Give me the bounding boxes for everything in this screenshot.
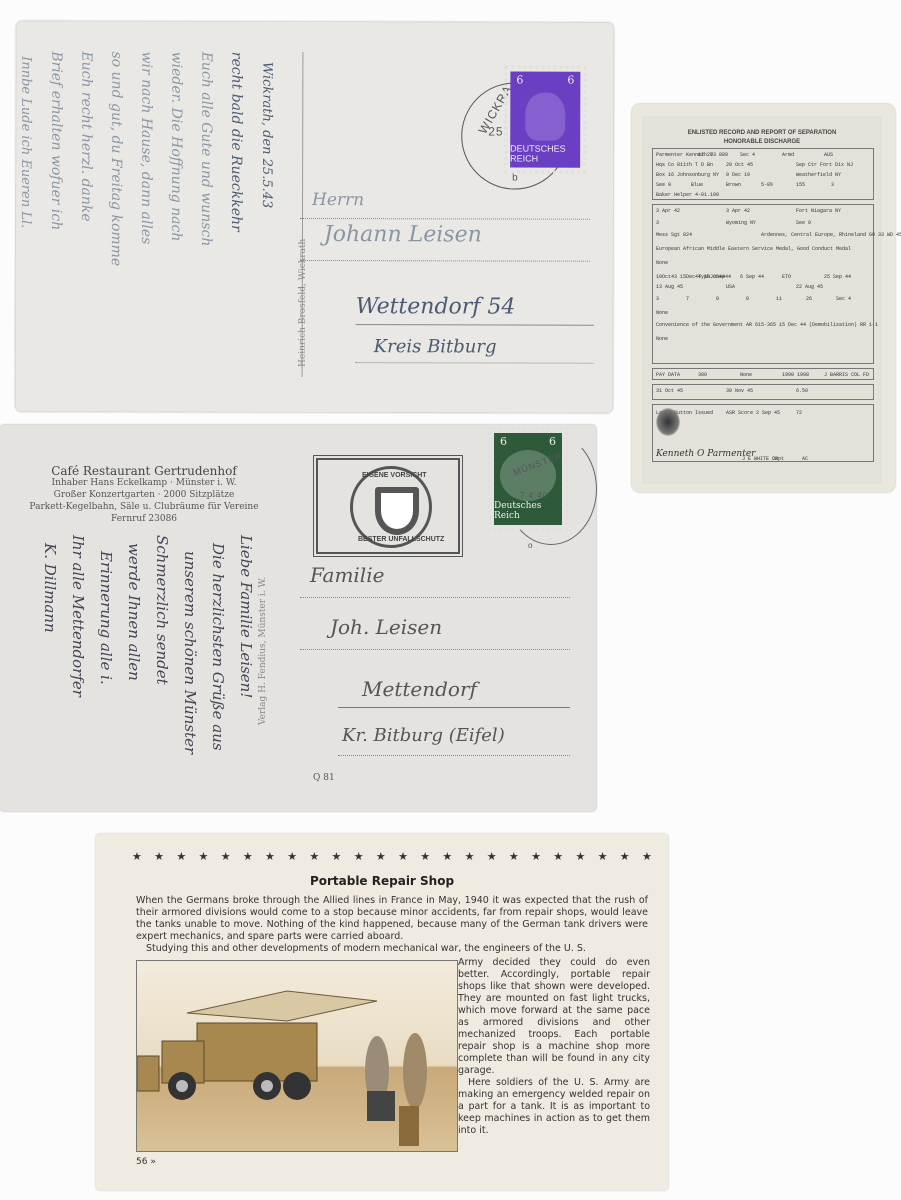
paragraph: Studying this and other developments of … — [136, 943, 648, 955]
star-icon: ★ — [509, 850, 519, 863]
postmark-code: o — [528, 541, 533, 550]
record-field: 11 — [776, 296, 782, 302]
message-line: Innbe Lude ich Eueren Ll. — [14, 56, 36, 228]
record-field: Wyoming NY — [726, 220, 756, 226]
message-line: wir nach Hause, dann alles — [138, 52, 155, 245]
star-icon: ★ — [465, 850, 475, 863]
handwritten-message-block: Brief erhalten wofuer ichEuch recht herz… — [17, 21, 614, 23]
postmark-circle — [505, 433, 597, 545]
postmark-date: 7.4.40 — [520, 491, 548, 500]
address-salutation: Familie — [310, 563, 384, 587]
record-field: Sec 4 — [740, 152, 755, 158]
portrait-icon — [525, 92, 565, 140]
star-icon: ★ — [221, 850, 231, 863]
record-field: Box 16 Johnsonburg NY — [656, 172, 719, 178]
star-icon: ★ — [487, 850, 497, 863]
address-line — [338, 707, 570, 708]
record-field: 20 Oct 45 — [726, 162, 753, 168]
message-line: Brief erhalten wofuer ich — [48, 51, 64, 230]
record-field: None — [656, 260, 668, 266]
record-form: ENLISTED RECORD AND REPORT OF SEPARATION… — [642, 116, 882, 484]
record-field: 6 Sep 44 — [740, 274, 764, 280]
star-icon: ★ — [420, 850, 430, 863]
article-intro: When the Germans broke through the Allie… — [136, 895, 648, 955]
booklet-page: ★★★★★★★★★★★★★★★★★★★★★★★★ Portable Repair… — [96, 834, 668, 1190]
address-district: Kreis Bitburg — [374, 336, 497, 357]
star-icon: ★ — [265, 850, 275, 863]
message-line: werde Ihnen allen — [125, 543, 143, 681]
address-line — [300, 218, 590, 220]
star-border: ★★★★★★★★★★★★★★★★★★★★★★★★ — [132, 850, 652, 863]
address-name: Johann Leisen — [324, 222, 482, 247]
publisher-imprint: Heinrich Brosfeld, Wickrath — [298, 239, 308, 367]
address-line — [300, 649, 570, 650]
star-icon: ★ — [642, 850, 652, 863]
message-line: unserem schönen Münster — [181, 551, 199, 754]
record-field: J BARRIS COL FD — [824, 372, 869, 378]
record-field: 5-8½ — [761, 182, 773, 188]
record-field: 3 — [831, 182, 834, 188]
record-section-service — [652, 204, 874, 364]
star-icon: ★ — [376, 850, 386, 863]
record-field: None — [656, 310, 668, 316]
record-field: PAY DATA — [656, 372, 680, 378]
address-street: Mettendorf — [362, 677, 477, 701]
star-icon: ★ — [176, 850, 186, 863]
record-field: Sep Ctr Fort Dix NJ — [796, 162, 853, 168]
record-field: 0 — [746, 296, 749, 302]
letterhead-facilities: Parkett-Kegelbahn, Säle u. Clubräume für… — [24, 501, 264, 513]
record-field: 31 Oct 45 — [656, 388, 683, 394]
message-line: Euch recht herzl. danke — [78, 51, 94, 221]
record-field: 9 Dec 19 — [726, 172, 750, 178]
record-section-insurance — [652, 384, 874, 400]
stamp-face: 66 DEUTSCHES REICH — [510, 72, 580, 168]
letterhead-title: Café Restaurant Gertrudenhof — [24, 465, 264, 477]
record-field: 1990 1998 — [782, 372, 809, 378]
record-field: ETO — [782, 274, 791, 280]
record-field: See 9 — [656, 182, 671, 188]
letterhead-phone: Fernruf 23086 — [24, 513, 264, 525]
postmark-date: 25 — [488, 124, 503, 138]
stamp-country: DEUTSCHES REICH — [510, 144, 580, 168]
record-field: 300 — [698, 372, 707, 378]
record-field: USA — [726, 284, 735, 290]
article-title: Portable Repair Shop — [96, 874, 668, 888]
paragraph: Here soldiers of the U. S. Army are maki… — [458, 1077, 650, 1137]
message-line: Euch alle Gute und wunsch — [198, 52, 215, 247]
record-field: Ardennes, Central Europe, Rhineland GO 3… — [761, 232, 901, 238]
record-field: 72 — [796, 410, 802, 416]
address-line — [338, 755, 570, 756]
handwritten-message: Innbe Lude ich Eueren Ll. — [14, 56, 36, 228]
record-field: 3 Apr 42 — [726, 208, 750, 214]
letterhead-garden: Großer Konzertgarten · 2000 Sitzplätze — [24, 489, 264, 501]
record-field: Convenience of the Government AR 615-365… — [656, 322, 878, 328]
slogan-cancel-stamp: EIGENE VORSICHT BESTER UNFALLSCHUTZ — [316, 458, 460, 554]
star-icon: ★ — [287, 850, 297, 863]
star-icon: ★ — [398, 850, 408, 863]
record-field: Baker Helper 4-01.100 — [656, 192, 719, 198]
letterhead-owner: Inhaber Hans Eckelkamp · Münster i. W. — [24, 477, 264, 489]
record-field: Blue — [691, 182, 703, 188]
record-field: Typh 6Sep44 — [698, 274, 731, 280]
star-icon: ★ — [553, 850, 563, 863]
record-field: Armd — [782, 152, 794, 158]
record-field: 12 273 889 — [698, 152, 728, 158]
record-field: 3 — [656, 296, 659, 302]
address-line — [356, 324, 594, 326]
message-line: Liebe Familie Leisen! — [237, 535, 255, 698]
address-name: Joh. Leisen — [330, 615, 442, 639]
star-icon: ★ — [354, 850, 364, 863]
star-icon: ★ — [620, 850, 630, 863]
star-icon: ★ — [442, 850, 452, 863]
record-field: 22 Aug 45 — [796, 284, 823, 290]
publisher-imprint: Verlag H. Fendius, Münster i. W. — [258, 577, 268, 725]
record-field: 30 Nov 45 — [726, 388, 753, 394]
star-icon: ★ — [598, 850, 608, 863]
record-field: 7 — [686, 296, 689, 302]
message-line: so und gut, du Freitag komme — [108, 51, 125, 266]
repair-truck-illustration — [136, 960, 458, 1152]
star-icon: ★ — [132, 850, 142, 863]
page-number: 56 » — [136, 1157, 156, 1167]
record-field: 3 Apr 42 — [656, 208, 680, 214]
record-field: Fort Niagara NY — [796, 208, 841, 214]
record-field: None — [740, 372, 752, 378]
slogan-bottom: BESTER UNFALLSCHUTZ — [358, 536, 444, 543]
paragraph: When the Germans broke through the Allie… — [136, 895, 648, 943]
address-line — [300, 597, 570, 598]
star-icon: ★ — [199, 850, 209, 863]
record-field: 155 — [796, 182, 805, 188]
message-line: Schmerzlich sendet — [153, 535, 171, 685]
message-line: recht bald die Rueckkehr — [228, 52, 244, 232]
message-line: wieder. Die Hoffnung nach — [168, 52, 184, 242]
star-icon: ★ — [243, 850, 253, 863]
record-field: See 9 — [796, 220, 811, 226]
address-line — [300, 260, 590, 262]
record-field: Mess Sgt 824 — [656, 232, 692, 238]
shield-icon — [375, 487, 419, 535]
card-code: Q 81 — [313, 773, 335, 783]
record-field: AUS — [824, 152, 833, 158]
record-field: Weatherfield NY — [796, 172, 841, 178]
record-field: Capt — [772, 456, 784, 462]
record-field: Brown — [726, 182, 741, 188]
record-field: European African Middle Eastern Service … — [656, 246, 851, 252]
star-icon: ★ — [531, 850, 541, 863]
article-side-text: Army decided they could do even better. … — [458, 957, 650, 1137]
thumbprint — [656, 408, 680, 436]
signature-veteran: Kenneth O Parmenter — [656, 449, 755, 459]
message-line: K. Dillmann — [41, 543, 59, 633]
stamp-values: 66 — [510, 72, 580, 89]
record-field: 0 — [716, 296, 719, 302]
record-field: ASR Score 2 Sep 45 — [726, 410, 780, 416]
address-salutation: Herrn — [312, 190, 364, 210]
postage-stamp-violet: 66 DEUTSCHES REICH — [504, 65, 586, 173]
record-subtitle: HONORABLE DISCHARGE — [642, 139, 882, 145]
postcard-muenster: Café Restaurant Gertrudenhof Inhaber Han… — [0, 425, 596, 811]
record-field: 26 — [806, 296, 812, 302]
postcard-wickrath: Innbe Lude ich Eueren Ll. Brief erhalten… — [15, 21, 613, 413]
postmark-code: b — [512, 173, 519, 184]
record-title: ENLISTED RECORD AND REPORT OF SEPARATION — [642, 130, 882, 136]
message-line: Die herzlichsten Grüße aus — [209, 543, 227, 751]
record-field: 13 Aug 45 — [656, 284, 683, 290]
paragraph: Army decided they could do even better. … — [458, 957, 650, 1077]
message-line: Erinnerung alle i. — [97, 551, 115, 685]
star-icon: ★ — [154, 850, 164, 863]
star-icon: ★ — [575, 850, 585, 863]
record-field: 3 — [656, 220, 659, 226]
record-field: AC — [802, 456, 808, 462]
letterhead: Café Restaurant Gertrudenhof Inhaber Han… — [24, 465, 264, 525]
record-field: None — [656, 336, 668, 342]
truck-icon — [137, 961, 457, 1151]
star-icon: ★ — [332, 850, 342, 863]
record-field: Sec 4 — [836, 296, 851, 302]
separation-record: ENLISTED RECORD AND REPORT OF SEPARATION… — [632, 104, 895, 492]
record-field: 6.50 — [796, 388, 808, 394]
record-field: 25 Sep 44 — [824, 274, 851, 280]
slogan-top: EIGENE VORSICHT — [362, 472, 427, 479]
record-field: Hqs Co 811th T D Bn — [656, 162, 713, 168]
star-icon: ★ — [309, 850, 319, 863]
address-line — [356, 362, 594, 364]
address-street: Wettendorf 54 — [356, 294, 516, 319]
address-district: Kr. Bitburg (Eifel) — [342, 725, 505, 746]
place-date: Wickrath, den 25.5.43 — [259, 62, 274, 208]
message-line: Ihr alle Mettendorfer — [69, 535, 87, 697]
